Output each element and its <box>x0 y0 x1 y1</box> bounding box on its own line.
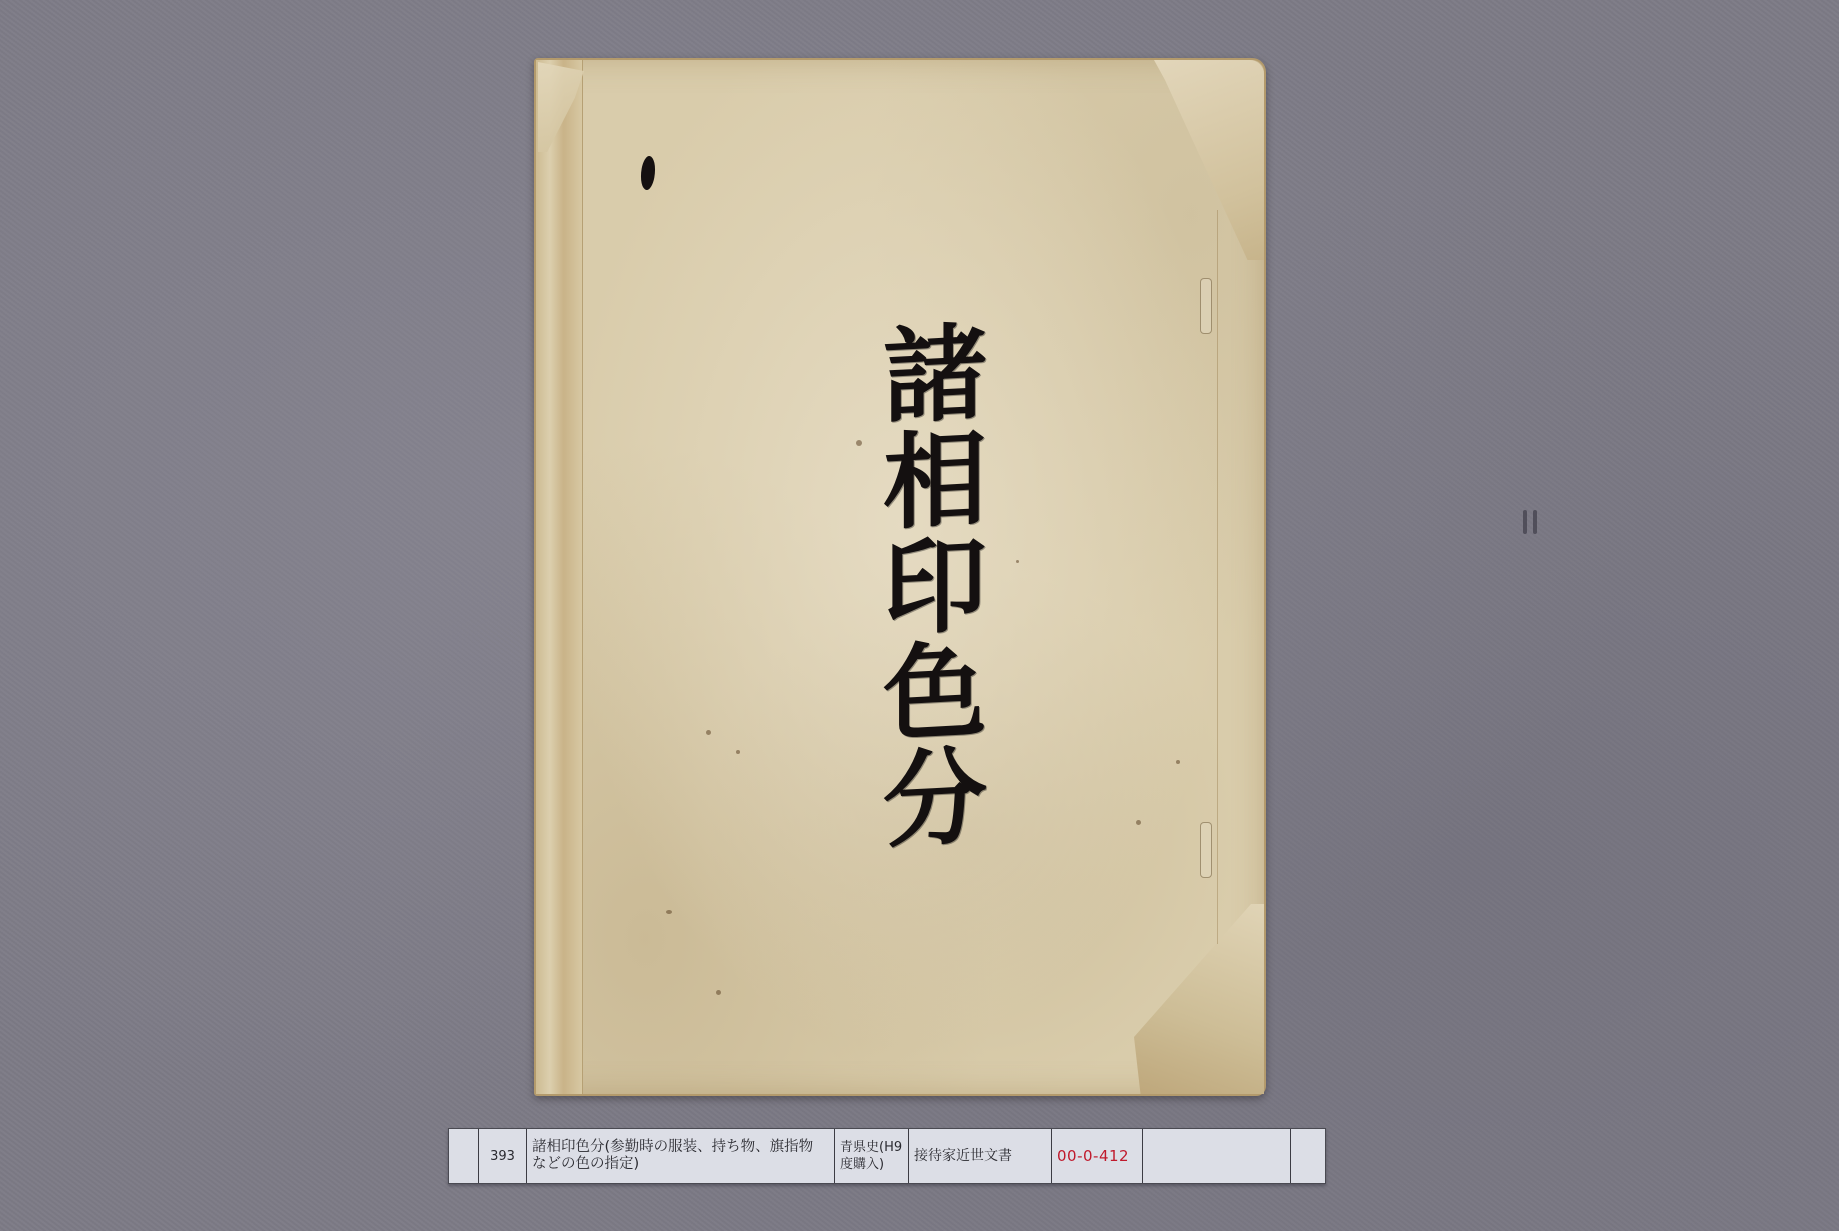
booklet-left-edge <box>536 60 583 1094</box>
label-title-line1: 諸相印色分(参勤時の服装、持ち物、旗指物 <box>532 1139 813 1156</box>
label-source: 青県史(H9 度購入) <box>835 1129 909 1183</box>
label-blank-cell <box>449 1129 479 1183</box>
archive-label-strip: 393 諸相印色分(参勤時の服装、持ち物、旗指物 などの色の指定) 青県史(H9… <box>448 1128 1326 1184</box>
label-catalog-code: 00-0-412 <box>1052 1129 1143 1183</box>
label-source-line1: 青県史(H9 <box>840 1139 902 1156</box>
label-blank-cell <box>1291 1129 1325 1183</box>
binding-line <box>1217 210 1218 944</box>
stain-spot <box>736 750 740 754</box>
stain-spot <box>1016 560 1019 563</box>
stain-spot <box>716 990 721 995</box>
label-collection: 接待家近世文書 <box>909 1129 1052 1183</box>
label-title: 諸相印色分(参勤時の服装、持ち物、旗指物 などの色の指定) <box>527 1129 835 1183</box>
label-blank-cell <box>1143 1129 1291 1183</box>
ink-blot <box>638 155 658 191</box>
stain-spot <box>1136 820 1141 825</box>
cover-title-calligraphy: 諸相印色分 <box>841 316 1011 855</box>
stain-spot <box>706 730 711 735</box>
binding-stitch <box>1200 278 1212 334</box>
stain-spot <box>1176 760 1180 764</box>
binding-stitch <box>1200 822 1212 878</box>
folded-corner-top-right <box>1154 60 1264 260</box>
label-title-line2: などの色の指定) <box>532 1156 813 1173</box>
background-marks <box>1523 510 1541 538</box>
stain-spot <box>666 910 672 914</box>
label-item-number: 393 <box>479 1129 527 1183</box>
label-source-line2: 度購入) <box>840 1156 902 1173</box>
folded-corner-bottom-right <box>1134 904 1264 1094</box>
document-booklet: 諸相印色分 <box>534 58 1266 1096</box>
